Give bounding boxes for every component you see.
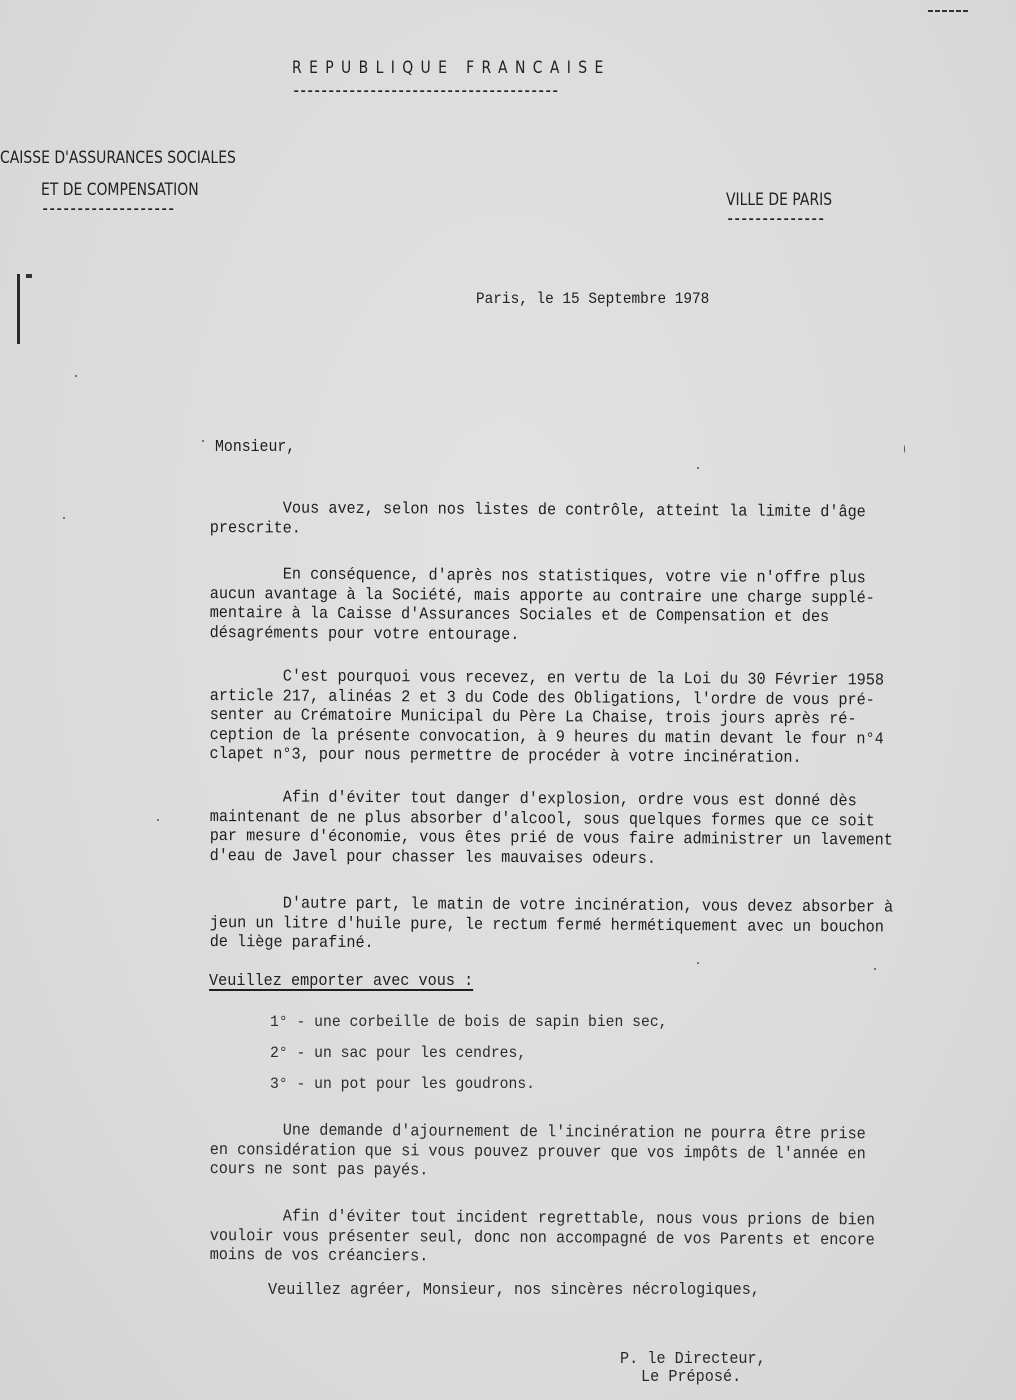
- organization-underline: -------------------: [41, 202, 227, 218]
- corner-scan-mark: [928, 10, 968, 12]
- paragraph-convocation: C'est pourquoi vous recevez, en vertu de…: [209, 666, 909, 768]
- paragraph-morning-instructions: D'autre part, le matin de votre incinéra…: [210, 893, 910, 956]
- organization-name-line2: ET DE COMPENSATION: [41, 180, 199, 200]
- paragraph-explosion-danger: Afin d'éviter tout danger d'explosion, o…: [210, 787, 910, 870]
- paragraph-postponement: Une demande d'ajournement de l'incinérat…: [210, 1120, 910, 1183]
- scan-speck: [874, 968, 876, 970]
- organization-name-line1: CAISSE D'ASSURANCES SOCIALES: [0, 148, 236, 168]
- paragraph-come-alone: Afin d'éviter tout incident regrettable,…: [210, 1206, 910, 1269]
- scan-speck: [697, 962, 699, 964]
- scan-speck: [75, 375, 77, 377]
- republic-heading: REPUBLIQUE FRANCAISE: [292, 58, 611, 78]
- salutation: Monsieur,: [215, 437, 295, 457]
- city-underline: --------------: [726, 212, 866, 228]
- republic-underline: --------------------------------------: [292, 84, 684, 100]
- list-item: 1° - une corbeille de bois de sapin bien…: [270, 1013, 668, 1033]
- scan-speck: [202, 440, 204, 442]
- signature-line1: P. le Directeur,: [620, 1349, 766, 1369]
- scanned-letter-page: REPUBLIQUE FRANCAISE -------------------…: [0, 0, 1016, 1400]
- paragraph-age-limit: Vous avez, selon nos listes de contrôle,…: [210, 498, 909, 542]
- margin-bar-mark: [17, 274, 20, 344]
- signature-line2: Le Préposé.: [641, 1367, 741, 1387]
- list-heading: Veuillez emporter avec vous :: [209, 971, 473, 991]
- margin-tick-mark: [26, 274, 32, 278]
- scan-speck: [904, 445, 905, 453]
- closing-formula: Veuillez agréer, Monsieur, nos sincères …: [268, 1280, 760, 1300]
- scan-speck: [63, 517, 65, 519]
- paragraph-consequence: En conséquence, d'après nos statistiques…: [210, 564, 910, 647]
- letter-date: Paris, le 15 Septembre 1978: [476, 290, 709, 310]
- list-item: 2° - un sac pour les cendres,: [270, 1044, 526, 1064]
- city-heading: VILLE DE PARIS: [726, 190, 832, 210]
- scan-speck: [697, 467, 699, 469]
- scan-speck: [157, 819, 159, 821]
- list-item: 3° - un pot pour les goudrons.: [270, 1075, 535, 1095]
